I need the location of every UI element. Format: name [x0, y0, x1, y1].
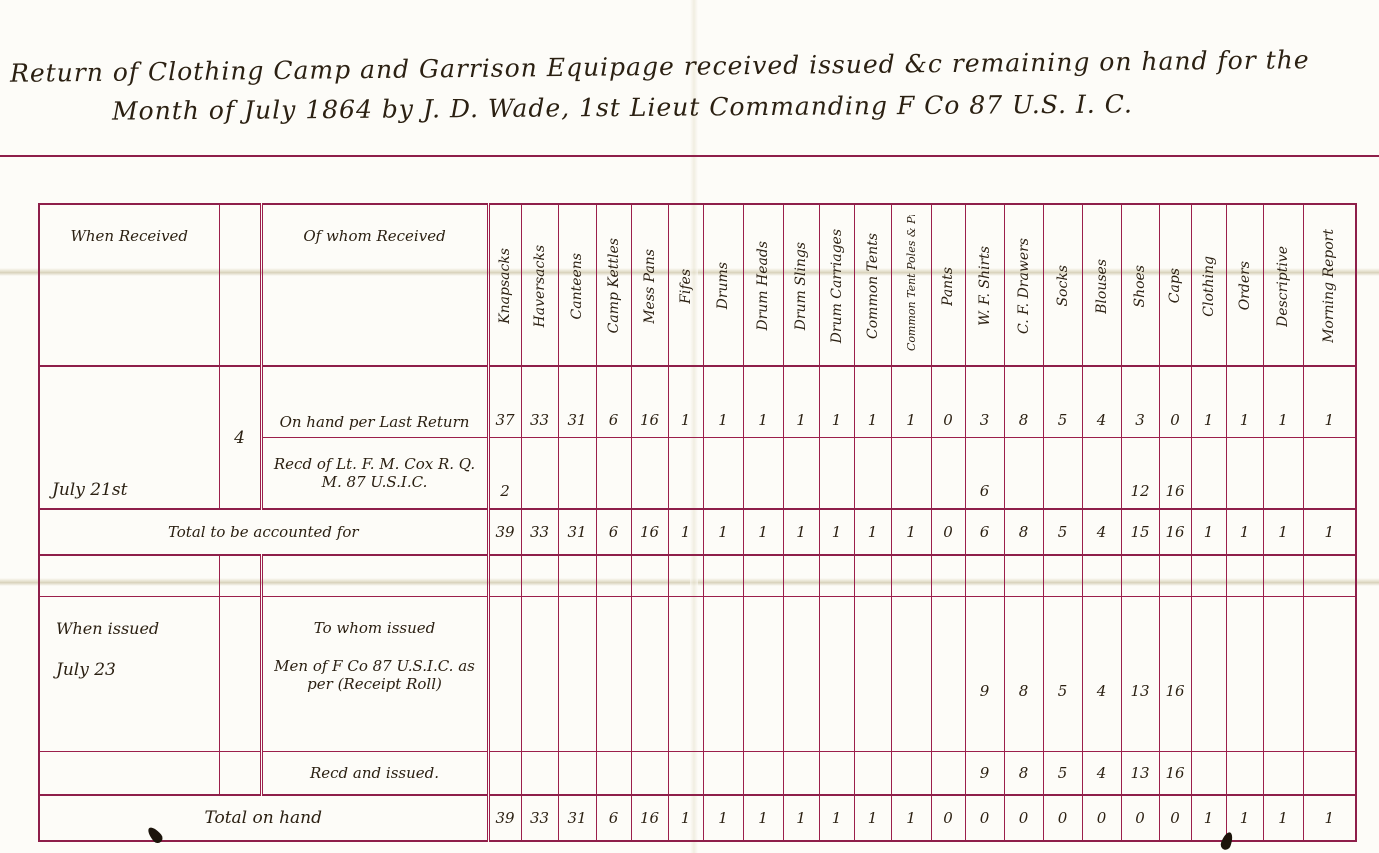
table-row-on-hand-last-return: July 21st 4 On hand per Last Return 37 3…	[39, 366, 1356, 438]
cell	[596, 438, 631, 510]
table-row-total-accounted: Total to be accounted for 39 33 31 6 16 …	[39, 509, 1356, 555]
cell	[668, 438, 703, 510]
header-item: Haversacks	[521, 204, 558, 366]
cell: 1	[819, 366, 854, 438]
cell: 1	[1263, 366, 1303, 438]
cell	[558, 752, 596, 796]
header-item: Descriptive	[1263, 204, 1303, 366]
header-item: Common Tents	[854, 204, 891, 366]
cell: 1	[854, 366, 891, 438]
cell: 39	[488, 795, 521, 841]
header-of-whom-received: Of whom Received	[261, 204, 488, 366]
cell	[743, 438, 783, 510]
cell	[558, 597, 596, 752]
cell	[1303, 438, 1356, 510]
cell: 1	[743, 366, 783, 438]
cell	[703, 597, 743, 752]
header-item: Drum Slings	[783, 204, 819, 366]
cell	[783, 438, 819, 510]
received-mark: 4	[219, 366, 261, 509]
header-item: Morning Report	[1303, 204, 1356, 366]
cell: 0	[1121, 795, 1159, 841]
cell: 5	[1043, 597, 1082, 752]
cell: 16	[631, 795, 668, 841]
cell: 12	[1121, 438, 1159, 510]
document-title-line-2: Month of July 1864 by J. D. Wade, 1st Li…	[112, 89, 1133, 125]
row-label: Recd of Lt. F. M. Cox R. Q. M. 87 U.S.I.…	[261, 438, 488, 510]
cell: 1	[891, 366, 931, 438]
cell: 1	[1263, 509, 1303, 555]
header-item: Clothing	[1191, 204, 1226, 366]
header-item: Drum Carriages	[819, 204, 854, 366]
table-row-issued-to-men: When issued July 23 To whom issued Men o…	[39, 597, 1356, 752]
cell	[488, 597, 521, 752]
cell: 0	[1004, 795, 1043, 841]
cell: 1	[854, 795, 891, 841]
cell	[668, 597, 703, 752]
cell: 1	[1226, 509, 1263, 555]
cell	[891, 597, 931, 752]
cell: 37	[488, 366, 521, 438]
cell: 0	[931, 366, 965, 438]
cell: 1	[854, 509, 891, 555]
cell: 1	[819, 509, 854, 555]
cell: 5	[1043, 366, 1082, 438]
header-item: Blouses	[1082, 204, 1121, 366]
header-item: Common Tent Poles & Pins	[891, 204, 931, 366]
header-rule	[0, 155, 1379, 157]
cell: 1	[703, 795, 743, 841]
cell	[703, 438, 743, 510]
cell: 15	[1121, 509, 1159, 555]
cell	[783, 752, 819, 796]
cell	[1226, 438, 1263, 510]
cell	[819, 752, 854, 796]
cell: 16	[631, 366, 668, 438]
row-label: Recd and issued.	[261, 752, 488, 796]
cell: 6	[965, 509, 1004, 555]
table-row-blank	[39, 555, 1356, 597]
cell: 1	[1303, 795, 1356, 841]
header-item: Shoes	[1121, 204, 1159, 366]
issued-date: July 23	[56, 660, 219, 680]
cell: 1	[743, 509, 783, 555]
cell	[521, 438, 558, 510]
table-row-received-and-issued: Recd and issued. 9 8 5 4 13 16	[39, 752, 1356, 796]
header-item: Pants	[931, 204, 965, 366]
cell: 4	[1082, 597, 1121, 752]
cell	[931, 597, 965, 752]
cell	[1263, 752, 1303, 796]
cell: 5	[1043, 752, 1082, 796]
cell	[743, 752, 783, 796]
row-label: On hand per Last Return	[261, 366, 488, 438]
cell: 4	[1082, 509, 1121, 555]
cell: 31	[558, 366, 596, 438]
header-item: Drum Heads	[743, 204, 783, 366]
cell: 31	[558, 795, 596, 841]
cell	[596, 597, 631, 752]
cell: 1	[668, 795, 703, 841]
cell: 1	[703, 366, 743, 438]
cell	[1043, 438, 1082, 510]
cell: 0	[1159, 366, 1191, 438]
issued-when-cell: When issued July 23	[39, 597, 219, 752]
cell: 0	[931, 795, 965, 841]
cell: 33	[521, 366, 558, 438]
header-item: W. F. Shirts	[965, 204, 1004, 366]
cell: 0	[1082, 795, 1121, 841]
cell: 1	[668, 366, 703, 438]
cell	[596, 752, 631, 796]
cell	[743, 597, 783, 752]
cell: 8	[1004, 366, 1043, 438]
cell	[1263, 438, 1303, 510]
cell: 1	[783, 509, 819, 555]
cell: 16	[1159, 509, 1191, 555]
cell: 3	[965, 366, 1004, 438]
cell: 1	[891, 509, 931, 555]
cell: 9	[965, 752, 1004, 796]
cell	[1082, 438, 1121, 510]
cell: 6	[965, 438, 1004, 510]
cell	[631, 752, 668, 796]
cell: 1	[743, 795, 783, 841]
cell	[931, 438, 965, 510]
header-row: When Received Of whom Received Knapsacks…	[39, 204, 1356, 366]
cell: 5	[1043, 509, 1082, 555]
cell	[819, 597, 854, 752]
cell: 16	[1159, 597, 1191, 752]
header-item: Caps	[1159, 204, 1191, 366]
cell	[854, 438, 891, 510]
cell: 9	[965, 597, 1004, 752]
cell	[1226, 597, 1263, 752]
header-blank	[219, 204, 261, 366]
cell: 33	[521, 795, 558, 841]
cell	[891, 752, 931, 796]
cell: 1	[819, 795, 854, 841]
received-date: July 21st	[39, 366, 219, 509]
clothing-return-ledger: When Received Of whom Received Knapsacks…	[38, 203, 1357, 842]
cell: 4	[1082, 366, 1121, 438]
cell	[1004, 438, 1043, 510]
cell	[668, 752, 703, 796]
cell	[521, 752, 558, 796]
cell: 1	[1191, 795, 1226, 841]
cell: 1	[891, 795, 931, 841]
cell	[1303, 597, 1356, 752]
cell: 13	[1121, 752, 1159, 796]
header-item: Mess Pans	[631, 204, 668, 366]
cell: 33	[521, 509, 558, 555]
cell: 8	[1004, 597, 1043, 752]
header-item: C. F. Drawers	[1004, 204, 1043, 366]
cell	[1191, 752, 1226, 796]
cell	[819, 438, 854, 510]
header-item: Fifes	[668, 204, 703, 366]
header-to-whom-issued: To whom issued	[263, 619, 487, 637]
row-label: Total on hand	[39, 795, 488, 841]
row-label: Total to be accounted for	[39, 509, 488, 555]
cell	[1191, 438, 1226, 510]
cell: 0	[1159, 795, 1191, 841]
cell	[631, 597, 668, 752]
cell: 2	[488, 438, 521, 510]
cell: 1	[668, 509, 703, 555]
cell: 6	[596, 795, 631, 841]
cell: 1	[1303, 509, 1356, 555]
cell: 8	[1004, 509, 1043, 555]
cell: 0	[965, 795, 1004, 841]
header-item: Knapsacks	[488, 204, 521, 366]
cell	[854, 597, 891, 752]
cell: 4	[1082, 752, 1121, 796]
cell: 1	[1303, 366, 1356, 438]
header-item: Canteens	[558, 204, 596, 366]
cell: 1	[783, 366, 819, 438]
table-row-total-on-hand: Total on hand 39 33 31 6 16 1 1 1 1 1 1 …	[39, 795, 1356, 841]
header-when-received: When Received	[39, 204, 219, 366]
cell: 39	[488, 509, 521, 555]
cell	[891, 438, 931, 510]
cell: 1	[1191, 366, 1226, 438]
cell	[1263, 597, 1303, 752]
cell	[1303, 752, 1356, 796]
cell: 6	[596, 509, 631, 555]
row-label: Men of F Co 87 U.S.I.C. as per (Receipt …	[263, 657, 487, 693]
cell: 3	[1121, 366, 1159, 438]
issued-whom-cell: To whom issued Men of F Co 87 U.S.I.C. a…	[261, 597, 488, 752]
header-when-issued: When issued	[56, 619, 219, 638]
cell: 8	[1004, 752, 1043, 796]
cell	[703, 752, 743, 796]
cell: 16	[631, 509, 668, 555]
cell: 1	[783, 795, 819, 841]
cell	[854, 752, 891, 796]
header-item: Camp Kettles	[596, 204, 631, 366]
cell: 1	[1226, 366, 1263, 438]
cell: 16	[1159, 438, 1191, 510]
cell	[783, 597, 819, 752]
cell: 0	[931, 509, 965, 555]
cell: 16	[1159, 752, 1191, 796]
header-item: Socks	[1043, 204, 1082, 366]
cell: 1	[1263, 795, 1303, 841]
cell	[1191, 597, 1226, 752]
cell: 0	[1043, 795, 1082, 841]
cell: 31	[558, 509, 596, 555]
document-title-line-1: Return of Clothing Camp and Garrison Equ…	[10, 45, 1310, 88]
cell: 1	[703, 509, 743, 555]
cell: 6	[596, 366, 631, 438]
cell: 13	[1121, 597, 1159, 752]
cell: 1	[1191, 509, 1226, 555]
cell	[631, 438, 668, 510]
cell	[521, 597, 558, 752]
cell	[488, 752, 521, 796]
cell	[558, 438, 596, 510]
header-item: Orders	[1226, 204, 1263, 366]
cell	[931, 752, 965, 796]
cell	[1226, 752, 1263, 796]
header-item: Drums	[703, 204, 743, 366]
